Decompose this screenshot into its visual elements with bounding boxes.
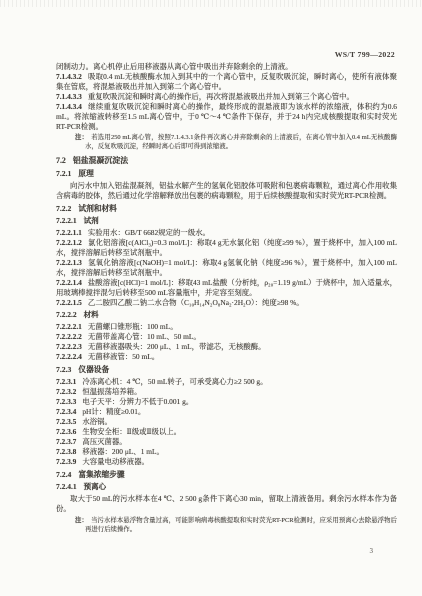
clause-7-2-3-1: 7.2.3.1冷冻离心机：4 ℃，50 mL转子，可承受离心力≥2 500 g。 <box>56 377 397 387</box>
clause-text: 生物安全柜：Ⅱ级或Ⅱ级以上。 <box>82 427 181 436</box>
clause-text: 实验用水：GB/T 6682规定的一级水。 <box>88 228 210 237</box>
section-heading-7-2-3: 7.2.3仪器设备 <box>56 365 397 375</box>
clause-text: 吸取0.4 mL无核酸酶水加入到其中的一个离心管中，反复吹吸沉淀，瞬时离心，使所… <box>56 72 397 91</box>
section-title: 铝盐混凝沉淀法 <box>73 156 128 165</box>
clause-number: 7.2.2.1.1 <box>56 228 82 237</box>
clause-number: 7.2.3.5 <box>56 417 76 426</box>
clause-number: 7.2.3.8 <box>56 447 76 456</box>
section-heading-7-2: 7.2铝盐混凝沉淀法 <box>56 156 397 166</box>
section-title: 材料 <box>84 310 99 319</box>
section-number: 7.2.2 <box>56 204 71 213</box>
section-heading-7-2-2: 7.2.2试剂和材料 <box>56 204 397 214</box>
clause-text: 大容量电动移液器。 <box>82 457 149 466</box>
clause-number: 7.2.3.6 <box>56 427 76 436</box>
note-label: 注： <box>75 517 88 524</box>
clause-number: 7.2.3.4 <box>56 407 76 416</box>
clause-number: 7.2.2.1.2 <box>56 238 82 247</box>
note-1: 注：若选用250 mL离心管，按照7.1.4.3.1条件再次离心并弃除剩余的上清… <box>75 133 397 151</box>
clause-text: 继续重复吹吸沉淀和瞬时离心的操作，最终形成的混悬液即为该水样的浓缩液，体积约为0… <box>56 102 397 131</box>
clause-7-1-4-3-3: 7.1.4.3.3重复吹吸沉淀和瞬时离心的操作后，再次将混悬液吸出并加入到第三个… <box>56 92 397 102</box>
clause-text: 无菌移液管：50 mL。 <box>88 352 159 361</box>
clause-7-2-2-1-2: 7.2.2.1.2氯化铝溶液[c(AlCl₃)=0.3 mol/L]：称取4 g… <box>56 238 397 258</box>
clause-number: 7.1.4.3.4 <box>56 102 82 111</box>
clause-text: 乙二胺四乙酸二钠二水合物（C₁₀H₁₄N₂O₈Na₂·2H₂O）：纯度≥98 %… <box>88 298 304 307</box>
section-number: 7.2 <box>56 156 66 165</box>
clause-number: 7.2.3.2 <box>56 387 76 396</box>
clause-text: 电子天平：分辨力不低于0.001 g。 <box>82 397 193 406</box>
principle-paragraph: 向污水中加入铝盐混凝剂，铝盐水解产生的氢氧化铝胶体可吸附和包裹病毒颗粒，通过离心… <box>56 181 397 201</box>
clause-number: 7.2.2.2.2 <box>56 332 82 341</box>
clause-text: 恒温振荡培养箱。 <box>82 387 141 396</box>
page-number: 3 <box>370 547 374 555</box>
clause-number: 7.1.4.3.2 <box>56 72 82 81</box>
clause-7-2-3-7: 7.2.3.7高压灭菌器。 <box>56 437 397 447</box>
section-heading-7-2-4-1: 7.2.4.1预离心 <box>56 482 397 492</box>
clause-7-2-2-2-2: 7.2.2.2.2无菌带盖离心管：10 mL、50 mL。 <box>56 332 397 342</box>
clause-text: 移液器：200 μL、1 mL。 <box>82 447 164 456</box>
clause-text: 氢氧化钠溶液[c(NaOH)=1 mol/L]：称取4 g氢氧化钠（纯度≥96 … <box>56 258 397 277</box>
section-heading-7-2-2-1: 7.2.2.1试剂 <box>56 216 397 226</box>
clause-number: 7.1.4.3.3 <box>56 92 82 101</box>
note-text: 若选用250 mL离心管，按照7.1.4.3.1条件再次离心并弃除剩余的上清液后… <box>85 134 397 150</box>
clause-text: 无菌带盖离心管：10 mL、50 mL。 <box>88 332 201 341</box>
continued-paragraph: 闭制动力。离心机停止后用移液器从离心管中吸出并弃除剩余的上清液。 <box>56 62 397 72</box>
section-number: 7.2.3 <box>56 365 71 374</box>
clause-number: 7.2.2.1.3 <box>56 258 82 267</box>
scan-noise-strip <box>0 0 422 7</box>
section-title: 预离心 <box>84 482 107 491</box>
clause-number: 7.2.3.1 <box>56 377 76 386</box>
clause-number: 7.2.2.2.4 <box>56 352 82 361</box>
section-number: 7.2.2.2 <box>56 310 77 319</box>
section-title: 原理 <box>78 169 93 178</box>
section-number: 7.2.2.1 <box>56 216 77 225</box>
section-number: 7.2.1 <box>56 169 71 178</box>
standard-code: WS/T 799—2022 <box>335 50 395 59</box>
clause-text: 重复吹吸沉淀和瞬时离心的操作后，再次将混悬液吸出并加入到第三个离心管中。 <box>88 92 354 101</box>
note-text: 当污水样本悬浮物含量过高，可能影响病毒核酸提取和实时荧光RT-PCR检测时，应采… <box>85 517 397 533</box>
section-heading-7-2-1: 7.2.1原理 <box>56 169 397 179</box>
clause-7-2-2-1-3: 7.2.2.1.3氢氧化钠溶液[c(NaOH)=1 mol/L]：称取4 g氢氧… <box>56 258 397 278</box>
clause-7-2-3-8: 7.2.3.8移液器：200 μL、1 mL。 <box>56 447 397 457</box>
pre-centrifuge-paragraph: 取大于50 mL的污水样本在4 ℃、2 500 g条件下离心30 min，留取上… <box>56 494 397 514</box>
section-heading-7-2-4: 7.2.4富集浓缩步骤 <box>56 470 397 480</box>
clause-number: 7.2.2.2.3 <box>56 342 82 351</box>
clause-text: 水浴锅。 <box>82 417 112 426</box>
clause-number: 7.2.3.3 <box>56 397 76 406</box>
clause-7-2-2-1-5: 7.2.2.1.5乙二胺四乙酸二钠二水合物（C₁₀H₁₄N₂O₈Na₂·2H₂O… <box>56 298 397 308</box>
clause-7-2-2-1-4: 7.2.2.1.4盐酸溶液[c(HCl)=1 mol/L]：移取43 mL盐酸（… <box>56 278 397 298</box>
clause-text: 氯化铝溶液[c(AlCl₃)=0.3 mol/L]：称取4 g无水氯化铝（纯度≥… <box>56 238 397 257</box>
clause-7-2-2-2-3: 7.2.2.2.3无菌移液器吸头：200 μL、1 mL，带滤芯，无核酸酶。 <box>56 342 397 352</box>
clause-text: 冷冻离心机：4 ℃，50 mL转子，可承受离心力≥2 500 g。 <box>82 377 267 386</box>
clause-7-2-3-4: 7.2.3.4pH计：精度≥0.01。 <box>56 407 397 417</box>
clause-7-2-2-2-4: 7.2.2.2.4无菌移液管：50 mL。 <box>56 352 397 362</box>
note-2: 注：当污水样本悬浮物含量过高，可能影响病毒核酸提取和实时荧光RT-PCR检测时，… <box>75 516 397 534</box>
clause-text: 无菌移液器吸头：200 μL、1 mL，带滤芯，无核酸酶。 <box>88 342 266 351</box>
clause-7-2-2-1-1: 7.2.2.1.1实验用水：GB/T 6682规定的一级水。 <box>56 228 397 238</box>
clause-7-2-3-5: 7.2.3.5水浴锅。 <box>56 417 397 427</box>
clause-number: 7.2.2.1.5 <box>56 298 82 307</box>
section-title: 试剂 <box>84 216 99 225</box>
clause-number: 7.2.2.2.1 <box>56 322 82 331</box>
clause-7-2-3-2: 7.2.3.2恒温振荡培养箱。 <box>56 387 397 397</box>
clause-number: 7.2.2.1.4 <box>56 278 82 287</box>
clause-7-1-4-3-2: 7.1.4.3.2吸取0.4 mL无核酸酶水加入到其中的一个离心管中，反复吹吸沉… <box>56 72 397 92</box>
clause-text: pH计：精度≥0.01。 <box>82 407 145 416</box>
clause-7-2-2-2-1: 7.2.2.2.1无菌螺口锥形瓶：100 mL。 <box>56 322 397 332</box>
clause-number: 7.2.3.9 <box>56 457 76 466</box>
document-body: 闭制动力。离心机停止后用移液器从离心管中吸出并弃除剩余的上清液。 7.1.4.3… <box>56 62 397 535</box>
section-heading-7-2-2-2: 7.2.2.2材料 <box>56 310 397 320</box>
clause-text: 无菌螺口锥形瓶：100 mL。 <box>88 322 178 331</box>
clause-7-2-3-3: 7.2.3.3电子天平：分辨力不低于0.001 g。 <box>56 397 397 407</box>
clause-7-1-4-3-4: 7.1.4.3.4继续重复吹吸沉淀和瞬时离心的操作，最终形成的混悬液即为该水样的… <box>56 102 397 132</box>
section-title: 仪器设备 <box>78 365 109 374</box>
clause-7-2-3-6: 7.2.3.6生物安全柜：Ⅱ级或Ⅱ级以上。 <box>56 427 397 437</box>
clause-number: 7.2.3.7 <box>56 437 76 446</box>
section-number: 7.2.4.1 <box>56 482 77 491</box>
clause-text: 高压灭菌器。 <box>82 437 126 446</box>
section-title: 富集浓缩步骤 <box>78 470 124 479</box>
clause-7-2-3-9: 7.2.3.9大容量电动移液器。 <box>56 457 397 467</box>
clause-text: 盐酸溶液[c(HCl)=1 mol/L]：移取43 mL盐酸（分析纯，ρ₂₀=1… <box>56 278 397 297</box>
document-page: WS/T 799—2022 闭制动力。离心机停止后用移液器从离心管中吸出并弃除剩… <box>0 0 422 596</box>
note-label: 注： <box>75 134 88 141</box>
section-title: 试剂和材料 <box>78 204 116 213</box>
section-number: 7.2.4 <box>56 470 71 479</box>
